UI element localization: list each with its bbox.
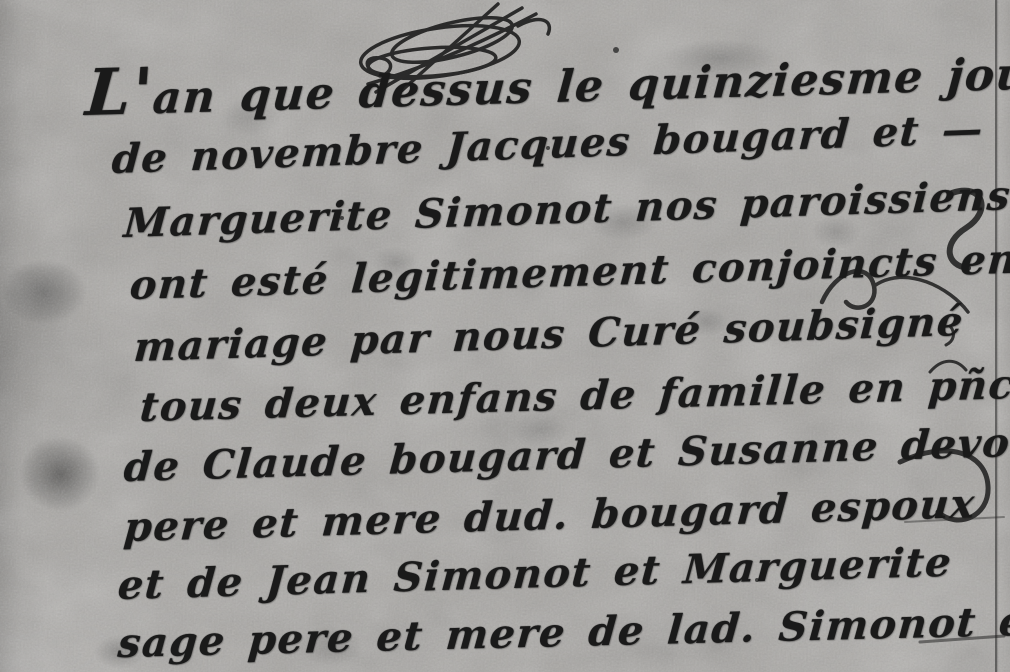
handwritten-line-4: ont esté legitimement conjoincts en xyxy=(128,240,1010,306)
handwritten-line-6: tous deux enfans de famille en pñce xyxy=(138,364,1010,428)
handwritten-line-3: Marguerite Simonot nos paroissiens xyxy=(123,176,1010,244)
right-margin-rule xyxy=(995,0,997,672)
manuscript-page: L'an que dessus le quinziesme jour — de … xyxy=(0,0,1010,672)
handwritten-line-9: et de Jean Simonot et Marguerite xyxy=(116,543,953,606)
handwritten-line-5: mariage par nous Curé soubsigné xyxy=(133,302,966,368)
handwritten-line-10: sage pere et mere de lad. Simonot et — xyxy=(116,600,1010,664)
handwritten-line-8: pere et mere dud. bougard espoux xyxy=(122,484,977,548)
handwritten-line-7: de Claude bougard et Susanne devongeol xyxy=(122,420,1010,489)
